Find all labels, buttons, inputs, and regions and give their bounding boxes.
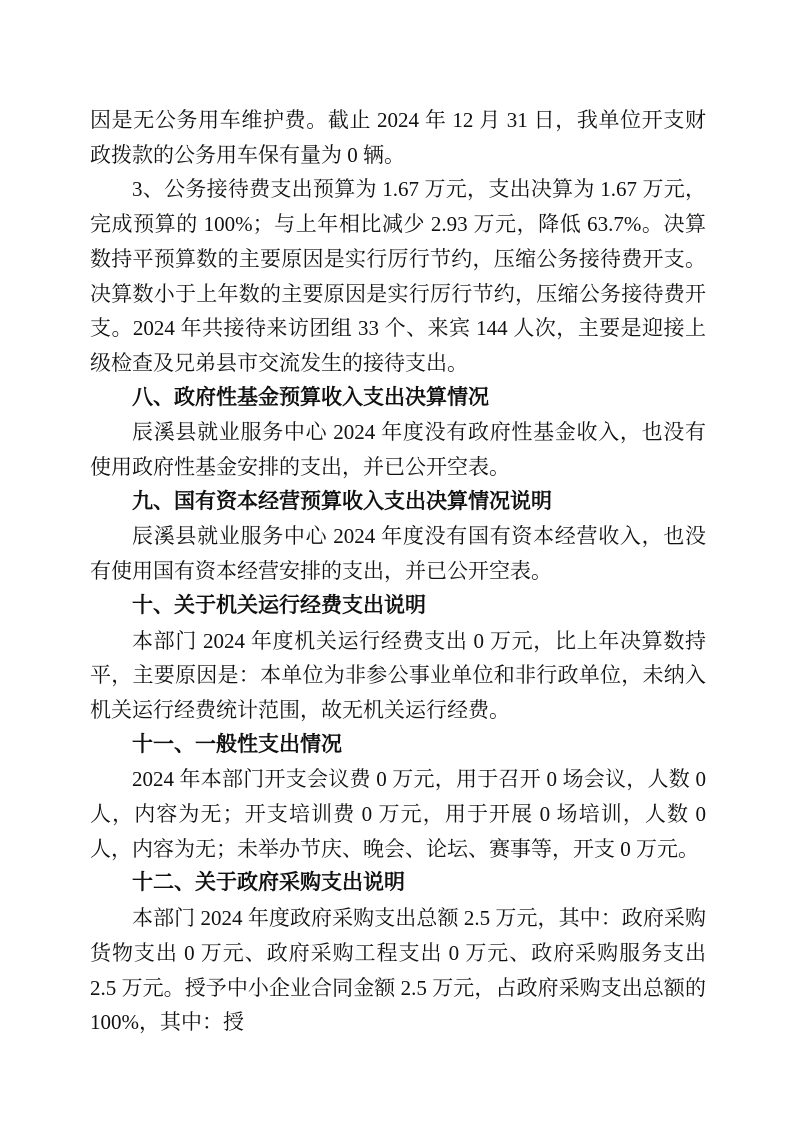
doc-paragraph-official-reception: 3、公务接待费支出预算为 1.67 万元，支出决算为 1.67 万元，完成预算的… xyxy=(90,172,706,380)
doc-paragraph-gov-fund: 辰溪县就业服务中心 2024 年度没有政府性基金收入，也没有使用政府性基金安排的… xyxy=(90,415,706,484)
doc-paragraph-continuation: 因是无公务用车维护费。截止 2024 年 12 月 31 日，我单位开支财政拨款… xyxy=(90,103,706,172)
doc-paragraph-gov-procurement: 本部门 2024 年度政府采购支出总额 2.5 万元，其中：政府采购货物支出 0… xyxy=(90,901,706,1040)
doc-heading-section-10: 十、关于机关运行经费支出说明 xyxy=(90,589,706,624)
doc-paragraph-general-expenditure: 2024 年本部门开支会议费 0 万元，用于召开 0 场会议，人数 0 人，内容… xyxy=(90,762,706,866)
document-page: 因是无公务用车维护费。截止 2024 年 12 月 31 日，我单位开支财政拨款… xyxy=(0,0,793,1122)
doc-paragraph-operating-funds: 本部门 2024 年度机关运行经费支出 0 万元，比上年决算数持平，主要原因是：… xyxy=(90,624,706,728)
doc-heading-section-8: 八、政府性基金预算收入支出决算情况 xyxy=(90,381,706,416)
doc-heading-section-12: 十二、关于政府采购支出说明 xyxy=(90,866,706,901)
doc-heading-section-9: 九、国有资本经营预算收入支出决算情况说明 xyxy=(90,485,706,520)
doc-paragraph-state-capital: 辰溪县就业服务中心 2024 年度没有国有资本经营收入，也没有使用国有资本经营安… xyxy=(90,519,706,588)
document-content: 因是无公务用车维护费。截止 2024 年 12 月 31 日，我单位开支财政拨款… xyxy=(90,103,706,1040)
doc-heading-section-11: 十一、一般性支出情况 xyxy=(90,728,706,763)
